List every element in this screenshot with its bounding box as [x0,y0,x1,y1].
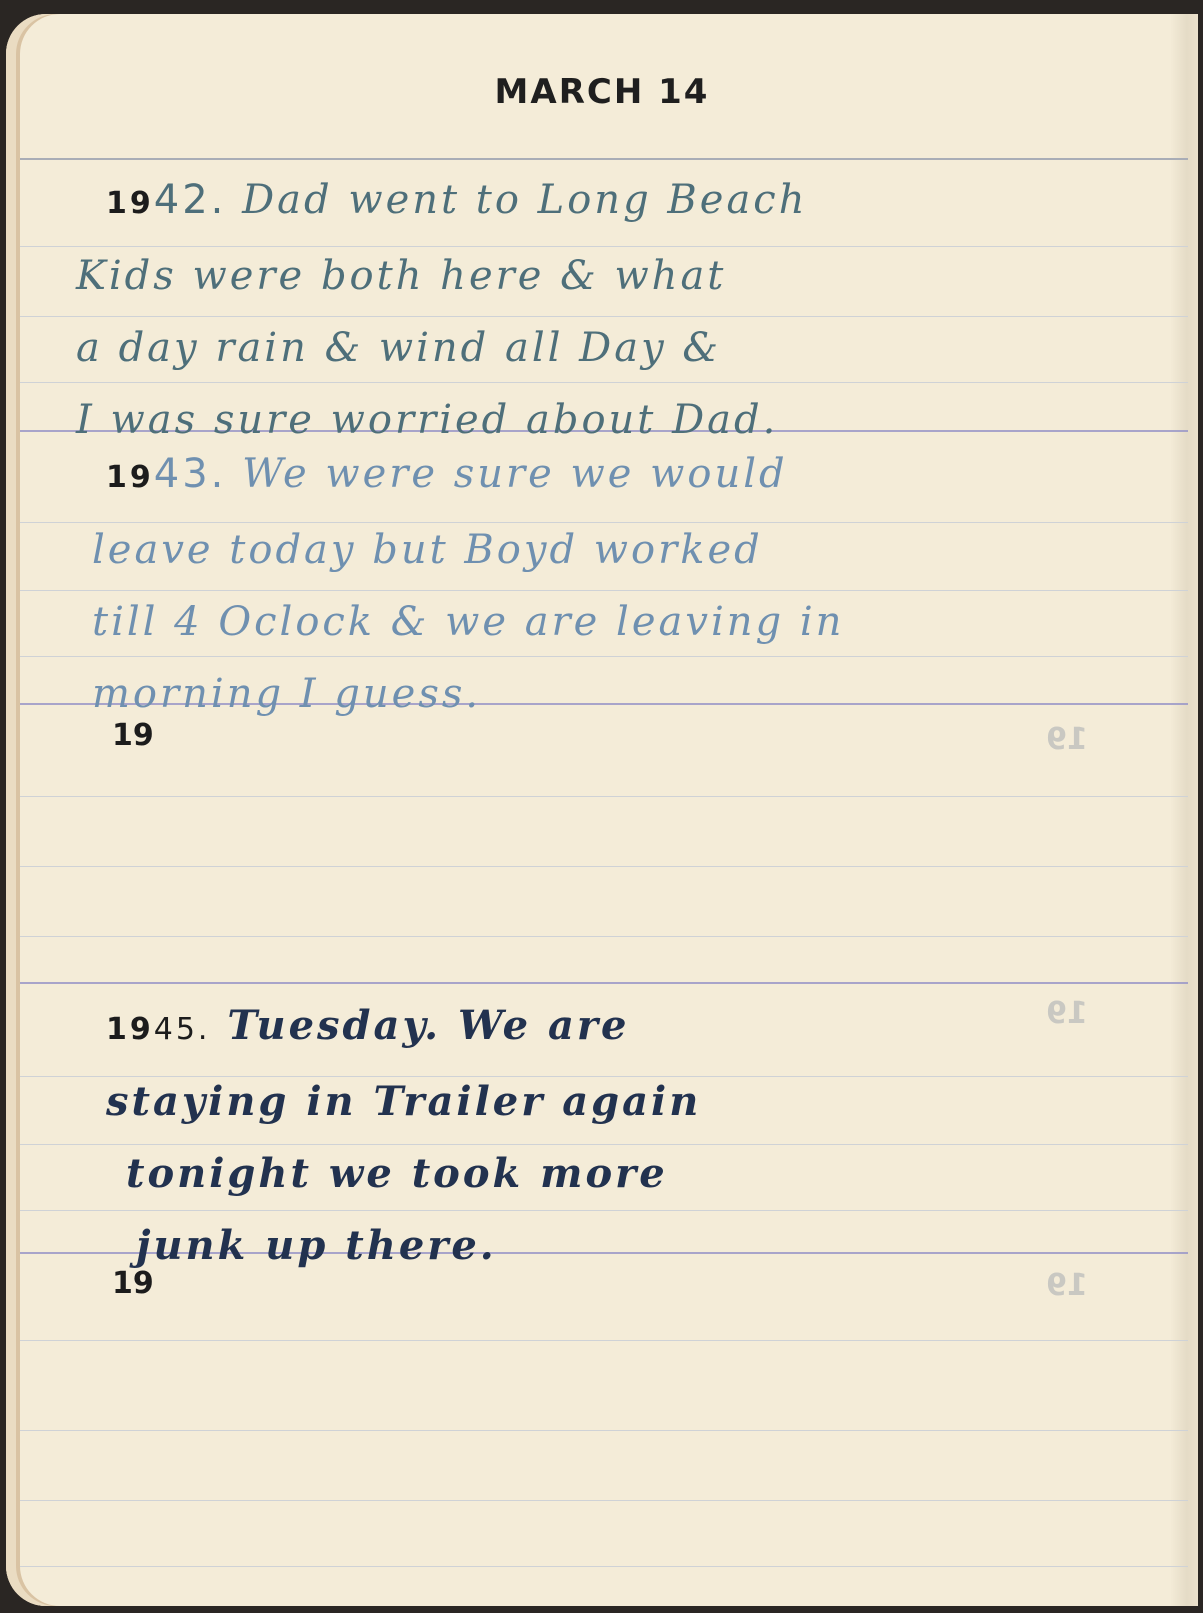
entry-line: junk up there. [136,1210,1156,1282]
year-label: 1945. [106,1003,210,1049]
section-rule [20,982,1188,984]
ruled-line [20,796,1188,797]
ruled-line [20,936,1188,937]
entry-1942: 1942. Dad went to Long Beach Kids were b… [106,164,1156,456]
entry-line: 1942. Dad went to Long Beach [106,164,1156,240]
entry-line: till 4 Oclock & we are leaving in [92,586,1156,658]
entry-line: tonight we took more [126,1138,1156,1210]
entry-line: Kids were both here & what [76,240,1156,312]
diary-page: MARCH 14 19 19 19 1942. Dad went to Long… [6,14,1198,1606]
entry-line: staying in Trailer again [106,1066,1156,1138]
entry-1945: 1945. Tuesday. We are staying in Trailer… [106,990,1156,1282]
entry-1943: 1943. We were sure we would leave today … [106,438,1156,730]
year-label-empty: 19 [112,1266,154,1301]
header-rule [20,158,1188,160]
ruled-line [20,1500,1188,1501]
ruled-line [20,1566,1188,1567]
entry-line: morning I guess. [92,658,1156,730]
year-label-empty: 19 [112,718,154,753]
ruled-line [20,1430,1188,1431]
date-header: MARCH 14 [6,72,1198,112]
ruled-line [20,1340,1188,1341]
entry-line: a day rain & wind all Day & [76,312,1156,384]
entry-line: 1943. We were sure we would [106,438,1156,514]
year-label: 1943. [106,451,226,497]
page-spine-shadow [1170,14,1198,1606]
entry-line: 1945. Tuesday. We are [106,990,1156,1066]
ruled-line [20,866,1188,867]
year-label: 1942. [106,177,226,223]
entry-line: leave today but Boyd worked [92,514,1156,586]
